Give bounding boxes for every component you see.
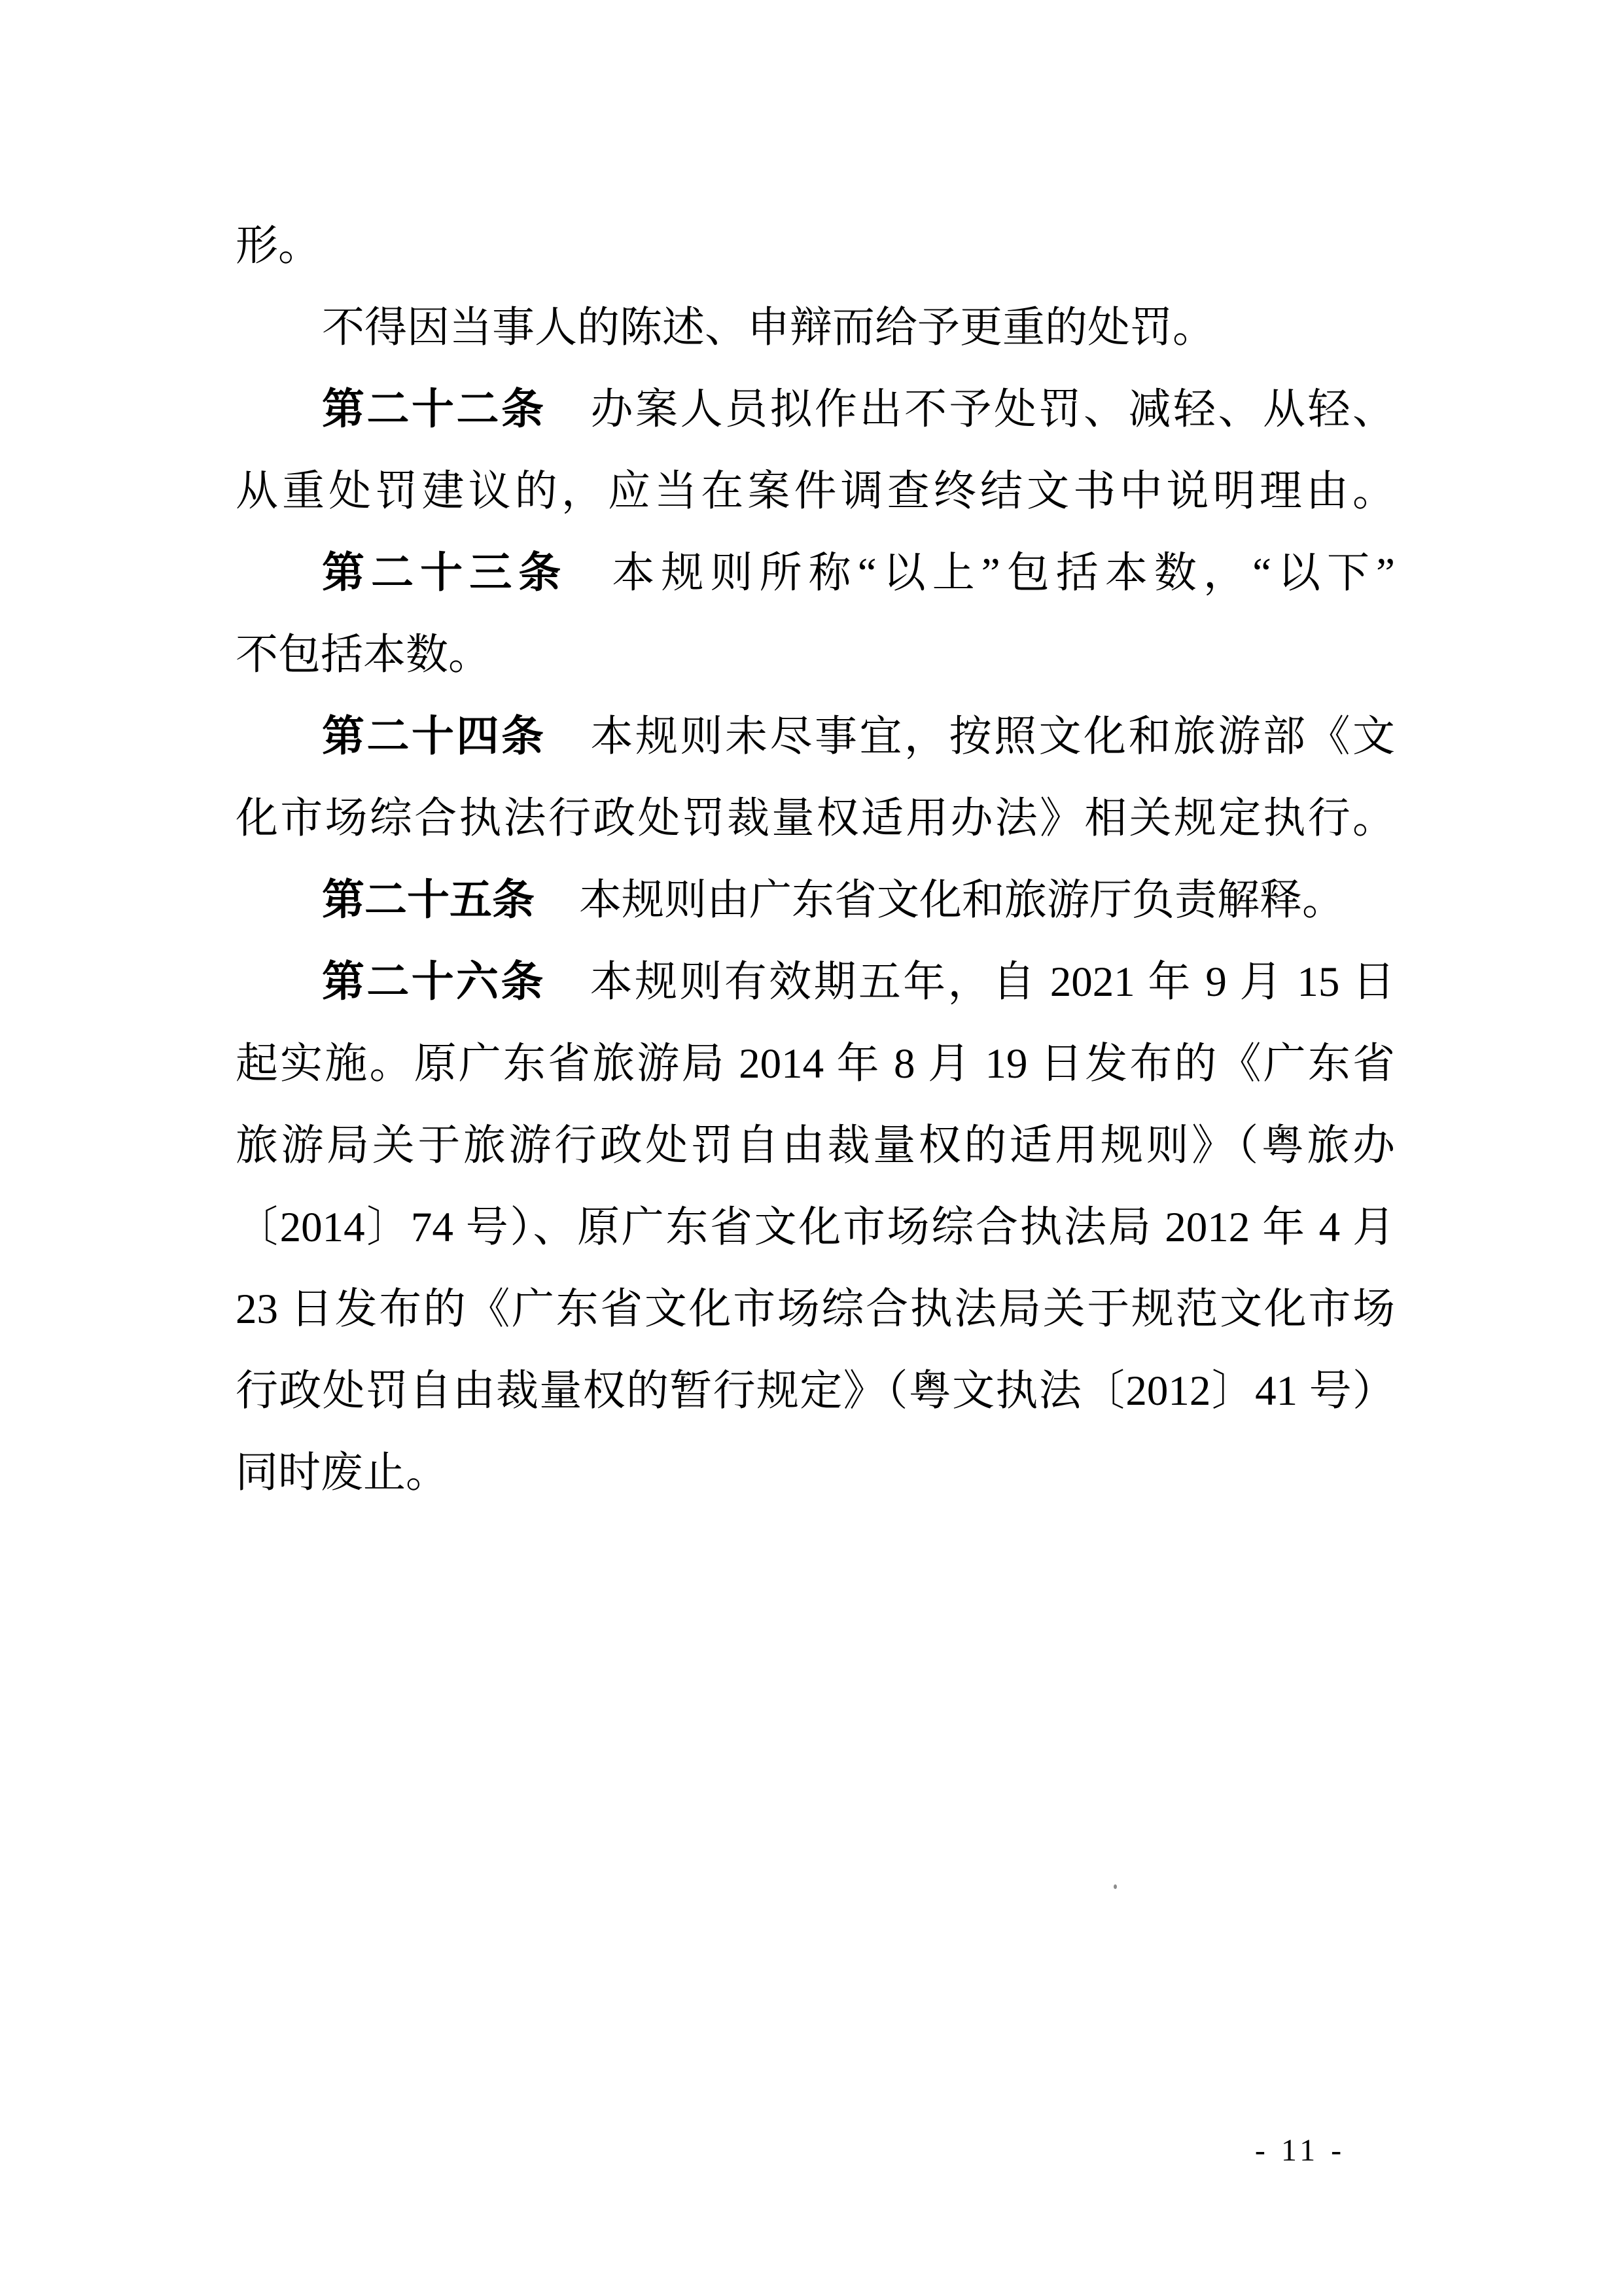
text-line: 第二十二条办案人员拟作出不予处罚、减轻、从轻、 <box>236 369 1395 451</box>
line-text: 形。 <box>236 222 321 270</box>
text-line: 第二十三条本规则所称“以上”包括本数，“以下” <box>236 533 1395 614</box>
line-text: 本规则有效期五年，自 2021 年 9 月 15 日 <box>590 959 1395 1006</box>
article-number: 第二十六条 <box>322 959 546 1006</box>
line-text: 23 日发布的《广东省文化市场综合执法局关于规范文化市场 <box>236 1286 1395 1333</box>
article-number: 第二十四条 <box>322 713 546 760</box>
article-number: 第二十二条 <box>322 386 546 433</box>
line-text: 办案人员拟作出不予处罚、减轻、从轻、 <box>591 386 1395 433</box>
page-number: - 11 - <box>1225 2128 1375 2174</box>
article-number: 第二十三条 <box>322 550 567 597</box>
line-text: 从重处罚建议的，应当在案件调查终结文书中说明理由。 <box>236 468 1395 515</box>
text-line: 不得因当事人的陈述、申辩而给予更重的处罚。 <box>236 287 1395 369</box>
line-text: 本规则由广东省文化和旅游厅负责解释。 <box>579 877 1345 924</box>
line-text: 本规则未尽事宜，按照文化和旅游部《文 <box>591 713 1395 760</box>
text-line: 起实施。原广东省旅游局 2014 年 8 月 19 日发布的《广东省 <box>236 1023 1395 1105</box>
text-line: 旅游局关于旅游行政处罚自由裁量权的适用规则》（粤旅办 <box>236 1105 1395 1187</box>
line-text: 旅游局关于旅游行政处罚自由裁量权的适用规则》（粤旅办 <box>236 1122 1395 1169</box>
scan-speckle <box>1114 1884 1117 1889</box>
text-line: 行政处罚自由裁量权的暂行规定》（粤文执法〔2012〕41 号） <box>236 1350 1395 1432</box>
text-line: 〔2014〕74 号）、原广东省文化市场综合执法局 2012 年 4 月 <box>236 1187 1395 1269</box>
document-page: 形。 不得因当事人的陈述、申辩而给予更重的处罚。 第二十二条办案人员拟作出不予处… <box>0 0 1624 2294</box>
line-text: 〔2014〕74 号）、原广东省文化市场综合执法局 2012 年 4 月 <box>236 1204 1395 1251</box>
document-body: 形。 不得因当事人的陈述、申辩而给予更重的处罚。 第二十二条办案人员拟作出不予处… <box>236 205 1395 1514</box>
line-text: 本规则所称“以上”包括本数，“以下” <box>612 550 1395 597</box>
text-line: 第二十六条本规则有效期五年，自 2021 年 9 月 15 日 <box>236 942 1395 1023</box>
text-line: 第二十五条本规则由广东省文化和旅游厅负责解释。 <box>236 860 1395 942</box>
line-text: 不得因当事人的陈述、申辩而给予更重的处罚。 <box>322 304 1215 351</box>
text-line: 同时废止。 <box>236 1432 1395 1514</box>
article-number: 第二十五条 <box>322 877 535 924</box>
text-line: 形。 <box>236 205 1395 287</box>
line-text: 不包括本数。 <box>236 631 491 679</box>
line-text: 起实施。原广东省旅游局 2014 年 8 月 19 日发布的《广东省 <box>236 1040 1395 1087</box>
text-line: 从重处罚建议的，应当在案件调查终结文书中说明理由。 <box>236 451 1395 533</box>
text-line: 不包括本数。 <box>236 614 1395 696</box>
line-text: 行政处罚自由裁量权的暂行规定》（粤文执法〔2012〕41 号） <box>236 1368 1395 1415</box>
text-line: 23 日发布的《广东省文化市场综合执法局关于规范文化市场 <box>236 1269 1395 1350</box>
text-line: 化市场综合执法行政处罚裁量权适用办法》相关规定执行。 <box>236 778 1395 860</box>
line-text: 化市场综合执法行政处罚裁量权适用办法》相关规定执行。 <box>236 795 1395 842</box>
line-text: 同时废止。 <box>236 1449 448 1496</box>
text-line: 第二十四条本规则未尽事宜，按照文化和旅游部《文 <box>236 696 1395 778</box>
